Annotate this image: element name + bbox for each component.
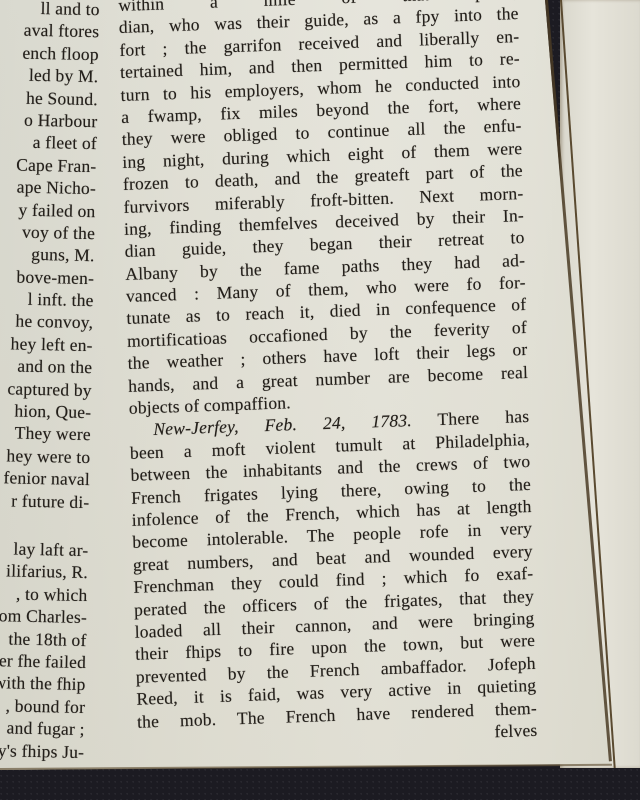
text-line: aval ftores xyxy=(0,18,100,43)
dateline-place: New-Jerfey, xyxy=(153,416,239,439)
paragraph-gap xyxy=(0,511,89,539)
text-line: hey were to xyxy=(0,444,91,469)
text-line: Cape Fran- xyxy=(0,153,97,178)
text-line: y's fhips Ju- xyxy=(0,738,84,763)
text-line: led by M. xyxy=(0,63,99,88)
text-line: ape Nicho- xyxy=(0,175,96,200)
text-line: bove-men- xyxy=(0,265,94,290)
text-line: voy of the xyxy=(0,220,95,245)
text-line: om Charles- xyxy=(0,604,87,629)
text-line: he convoy, xyxy=(0,309,93,334)
text-line: They were xyxy=(0,421,91,446)
text-line: a fleet of xyxy=(0,130,97,155)
text-line: ench floop xyxy=(0,41,99,66)
text-line: o Harbour xyxy=(0,108,98,133)
text-line: the 18th of xyxy=(0,626,87,651)
text-line: y failed on xyxy=(0,197,96,222)
text-line: , to which xyxy=(0,582,88,607)
text-line: captured by xyxy=(0,377,92,402)
main-column: within a mile of that place; dian, who w… xyxy=(118,0,538,755)
text-line: and fugar ; xyxy=(0,716,85,741)
text-line: he Sound. xyxy=(0,86,98,111)
left-column: ll and to aval ftores ench floop led by … xyxy=(0,0,100,763)
text-line: , bound for xyxy=(0,694,85,719)
text-line: er fhe failed xyxy=(0,649,86,674)
text-line: hion, Que- xyxy=(0,399,92,424)
text-line: ll and to xyxy=(0,0,100,21)
text-line: and on the xyxy=(0,354,92,379)
text-line: with the fhip xyxy=(0,671,86,696)
text-line: hey left en- xyxy=(0,332,93,357)
text-line: ilifarius, R. xyxy=(0,559,88,584)
text-line: fenior naval xyxy=(0,466,90,491)
dateline-lead-text: There has xyxy=(437,406,529,429)
newspaper-page: ll and to aval ftores ench floop led by … xyxy=(0,0,628,770)
text-line: guns, M. xyxy=(0,242,95,267)
text-line: r future di- xyxy=(0,488,90,513)
text-line: l inft. the xyxy=(0,287,94,312)
text-line: lay laft ar- xyxy=(0,537,89,562)
